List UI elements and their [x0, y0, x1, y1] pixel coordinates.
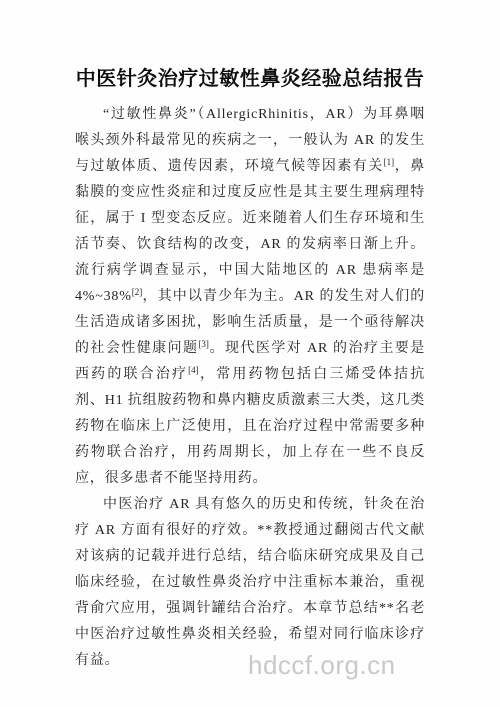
citation-ref-4: [4]: [188, 365, 199, 375]
paragraph-1-text: “过敏性鼻炎”（AllergicRhinitis，AR）为耳鼻咽喉头颈外科最常见…: [75, 107, 425, 174]
citation-ref-3: [3]: [198, 339, 209, 349]
paragraph-1-text: ，鼻黏膜的变应性炎症和过度反应性是其主要生理病理特征，属于 I 型变态反应。近来…: [75, 159, 425, 304]
watermark: hdccf.org.cn: [248, 650, 396, 681]
citation-ref-1: [1]: [384, 157, 395, 167]
page-title: 中医针灸治疗过敏性鼻炎经验总结报告: [0, 62, 500, 91]
document-body: “过敏性鼻炎”（AllergicRhinitis，AR）为耳鼻咽喉头颈外科最常见…: [75, 102, 425, 674]
citation-ref-2: [2]: [132, 287, 143, 297]
paragraph-2: 中医治疗 AR 具有悠久的历史和传统，针灸在治疗 AR 方面有很好的疗效。**教…: [75, 492, 425, 674]
document-page: 中医针灸治疗过敏性鼻炎经验总结报告 “过敏性鼻炎”（AllergicRhinit…: [0, 0, 500, 707]
paragraph-1-text: ，常用药物包括白三烯受体拮抗剂、H1 抗组胺药物和鼻内糖皮质激素三大类，这几类药…: [75, 367, 425, 486]
paragraph-1: “过敏性鼻炎”（AllergicRhinitis，AR）为耳鼻咽喉头颈外科最常见…: [75, 102, 425, 492]
paragraph-2-text: 中医治疗 AR 具有悠久的历史和传统，针灸在治疗 AR 方面有很好的疗效。**教…: [75, 497, 425, 668]
